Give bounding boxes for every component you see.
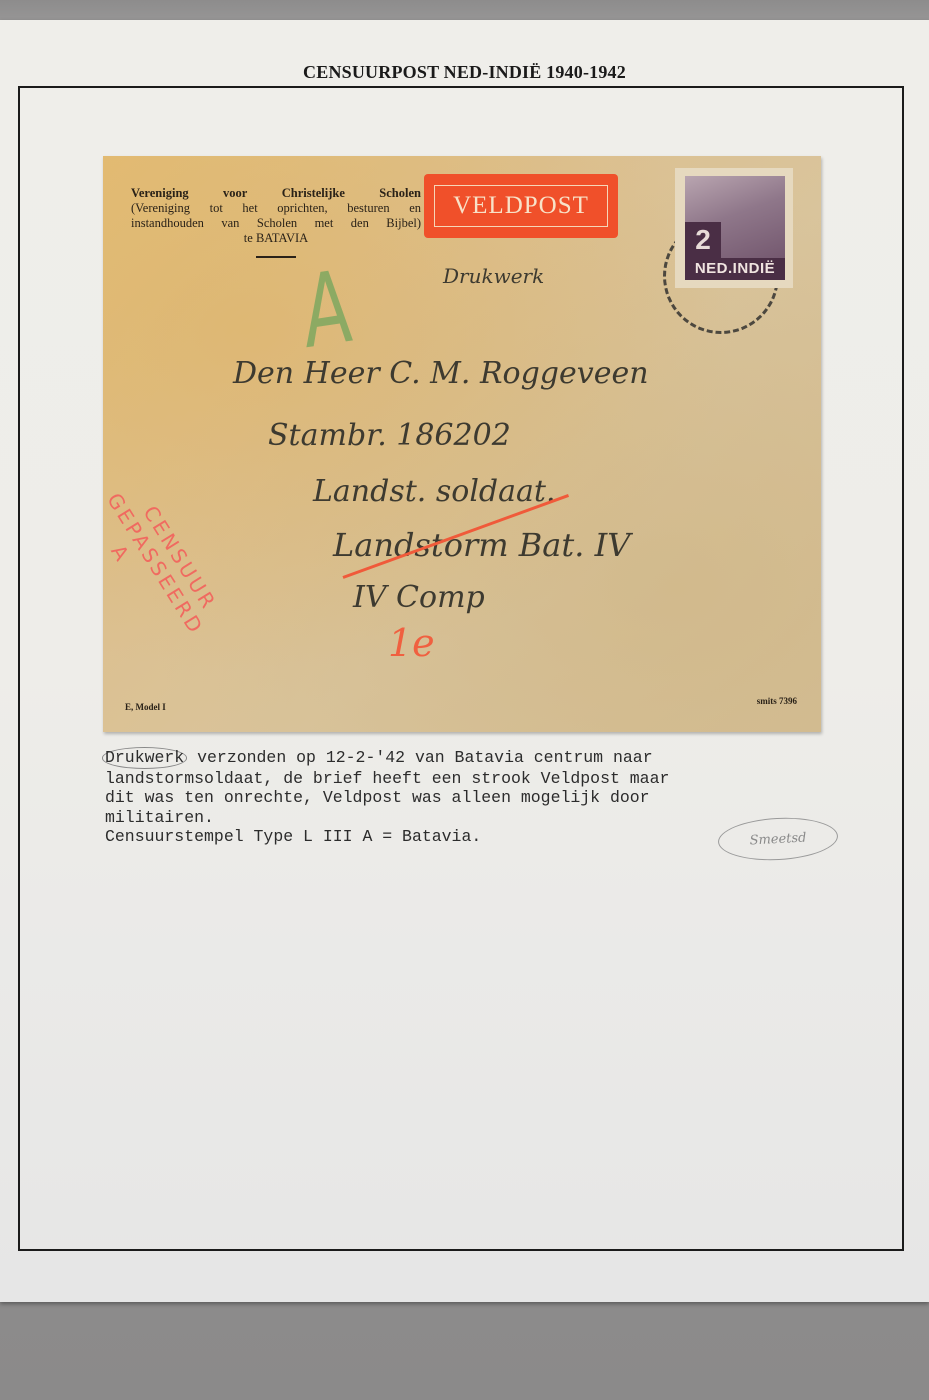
sender-word: voor: [223, 186, 247, 201]
stamp-country: NED.INDIË: [685, 258, 785, 280]
description-line-3: dit was ten onrechte, Veldpost was allee…: [105, 788, 825, 808]
printer-imprint: smits 7396: [757, 696, 797, 706]
sender-word: Vereniging: [131, 186, 189, 201]
sender-line-3: instandhouden van Scholen met den Bijbel…: [131, 216, 421, 231]
green-pencil-mark: A: [299, 248, 355, 372]
address-line-1: Den Heer C. M. Roggeveen: [233, 356, 649, 391]
address-line-2: Stambr. 186202: [268, 418, 511, 453]
veldpost-label-text: VELDPOST: [434, 185, 608, 227]
censor-stamp: CENSUUR GEPASSEERD A: [82, 476, 229, 652]
description-line-5: Censuurstempel Type L III A = Batavia.: [105, 827, 825, 847]
red-crayon-mark: 1e: [388, 621, 435, 665]
sender-rule: [256, 256, 296, 258]
sender-line-4: te BATAVIA: [131, 231, 421, 246]
envelope-cover: Vereniging voor Christelijke Scholen (Ve…: [103, 156, 821, 732]
sender-word: Scholen: [379, 186, 421, 201]
envelope-model-imprint: E, Model I: [125, 702, 166, 712]
description-text-segment: verzonden op 12-2-'42 van Batavia centru…: [187, 748, 652, 767]
page-title: CENSUURPOST NED-INDIË 1940-1942: [0, 62, 929, 83]
address-line-4: Landstorm Bat. IV: [333, 526, 630, 564]
sender-word: Christelijke: [282, 186, 345, 201]
stamp-value: 2: [685, 222, 721, 258]
veldpost-label: VELDPOST: [426, 176, 616, 236]
sender-imprint: Vereniging voor Christelijke Scholen (Ve…: [131, 186, 421, 258]
description-text: Drukwerk verzonden op 12-2-'42 van Batav…: [105, 747, 825, 847]
handwritten-service: Drukwerk: [443, 264, 544, 288]
postage-stamp: 2 CENT NED.INDIË: [675, 168, 793, 288]
stamp-vignette: 2 CENT NED.INDIË: [685, 176, 785, 280]
address-line-5: IV Comp: [353, 580, 485, 615]
address-line-3: Landst. soldaat.: [313, 474, 555, 509]
sender-line-1: Vereniging voor Christelijke Scholen: [131, 186, 421, 201]
circled-word: Drukwerk: [102, 747, 187, 769]
description-line-4: militairen.: [105, 808, 825, 828]
description-line-2: landstormsoldaat, de brief heeft een str…: [105, 769, 825, 789]
description-line-1: Drukwerk verzonden op 12-2-'42 van Batav…: [105, 747, 825, 769]
sender-line-2: (Vereniging tot het oprichten, besturen …: [131, 201, 421, 216]
